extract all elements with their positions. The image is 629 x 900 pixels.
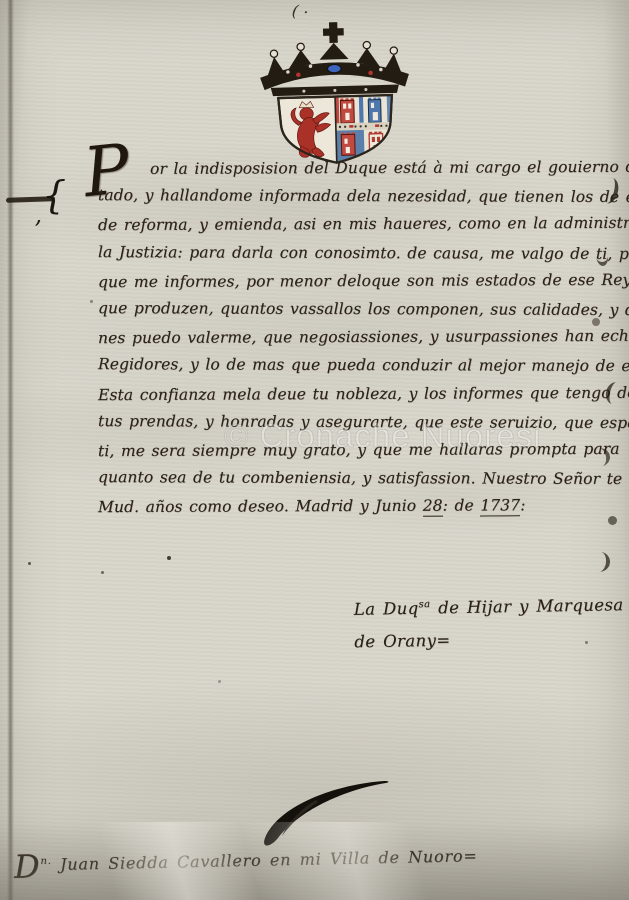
letter-line: tus prendas, y honradas y asegurarte, qu… — [98, 407, 606, 437]
date-year: 1737 — [480, 497, 520, 517]
letter-line: nes puedo valerme, que negosiassiones, y… — [98, 322, 606, 352]
coat-of-arms-icon — [240, 20, 430, 170]
letter-line: que me informes, por menor deloque son m… — [98, 266, 606, 296]
letter-line: que produzen, quantos vassallos los comp… — [98, 294, 606, 324]
letter-line: de reforma, y emienda, asi en mis hauere… — [98, 209, 606, 239]
letter-line: tado, y hallandome informada dela nezesi… — [98, 181, 606, 211]
date-text: : de — [443, 497, 481, 515]
date-text: Mud. años como deseo. Madrid y Junio — [98, 497, 423, 516]
letter-date-line: Mud. años como deseo. Madrid y Junio 28:… — [98, 491, 606, 521]
date-day: 28 — [423, 497, 443, 517]
page-fold-crease — [7, 0, 14, 900]
ink-speck — [101, 571, 104, 574]
folio-ink-mark: ( · — [291, 3, 309, 21]
ink-bleed-mark — [608, 516, 617, 525]
letter-line: la Justizia: para darla con conosimto. d… — [98, 238, 606, 268]
letter-line: Regidores, y lo de mas que pueda conduzi… — [98, 350, 606, 380]
ink-bleed-mark — [593, 551, 611, 573]
manuscript-page: ( · — [0, 0, 629, 900]
margin-brace-mark: { — [42, 176, 66, 214]
ink-speck — [167, 556, 171, 560]
letter-line: ti, me sera siempre muy grato, y que me … — [98, 435, 606, 465]
ink-speck — [90, 300, 93, 303]
signature-block: La Duqsa de Hijar y Marquesa de Orany= — [353, 586, 624, 658]
signature-superscript: sa — [418, 599, 430, 610]
margin-comma-mark: ’ — [34, 218, 42, 242]
signature-text: La Duq — [354, 599, 419, 619]
address-superscript: n. — [40, 856, 51, 867]
ink-speck — [218, 680, 221, 683]
ducal-crown-icon — [259, 20, 410, 96]
ink-speck — [585, 641, 588, 644]
ink-speck — [28, 562, 31, 565]
letter-line: quanto sea de tu combeniensia, y satisfa… — [98, 463, 606, 493]
address-line: Dn. Juan Siedda Cavallero en mi Villa de… — [14, 835, 478, 889]
letter-line: or la indisposision del Duque está à mi … — [98, 153, 606, 183]
address-initial: D — [14, 847, 41, 886]
letter-line: Esta confianza mela deue tu nobleza, y l… — [98, 378, 606, 408]
signature-line: La Duqsa de Hijar y Marquesa — [353, 586, 623, 626]
date-text: : — [520, 496, 525, 514]
letter-body: or la indisposision del Duque está à mi … — [98, 154, 606, 520]
signature-line: de Orany= — [354, 621, 624, 658]
signature-text: de Hijar y Marquesa — [430, 595, 623, 617]
address-text: Juan Siedda Cavallero en mi Villa de Nuo… — [52, 846, 478, 874]
